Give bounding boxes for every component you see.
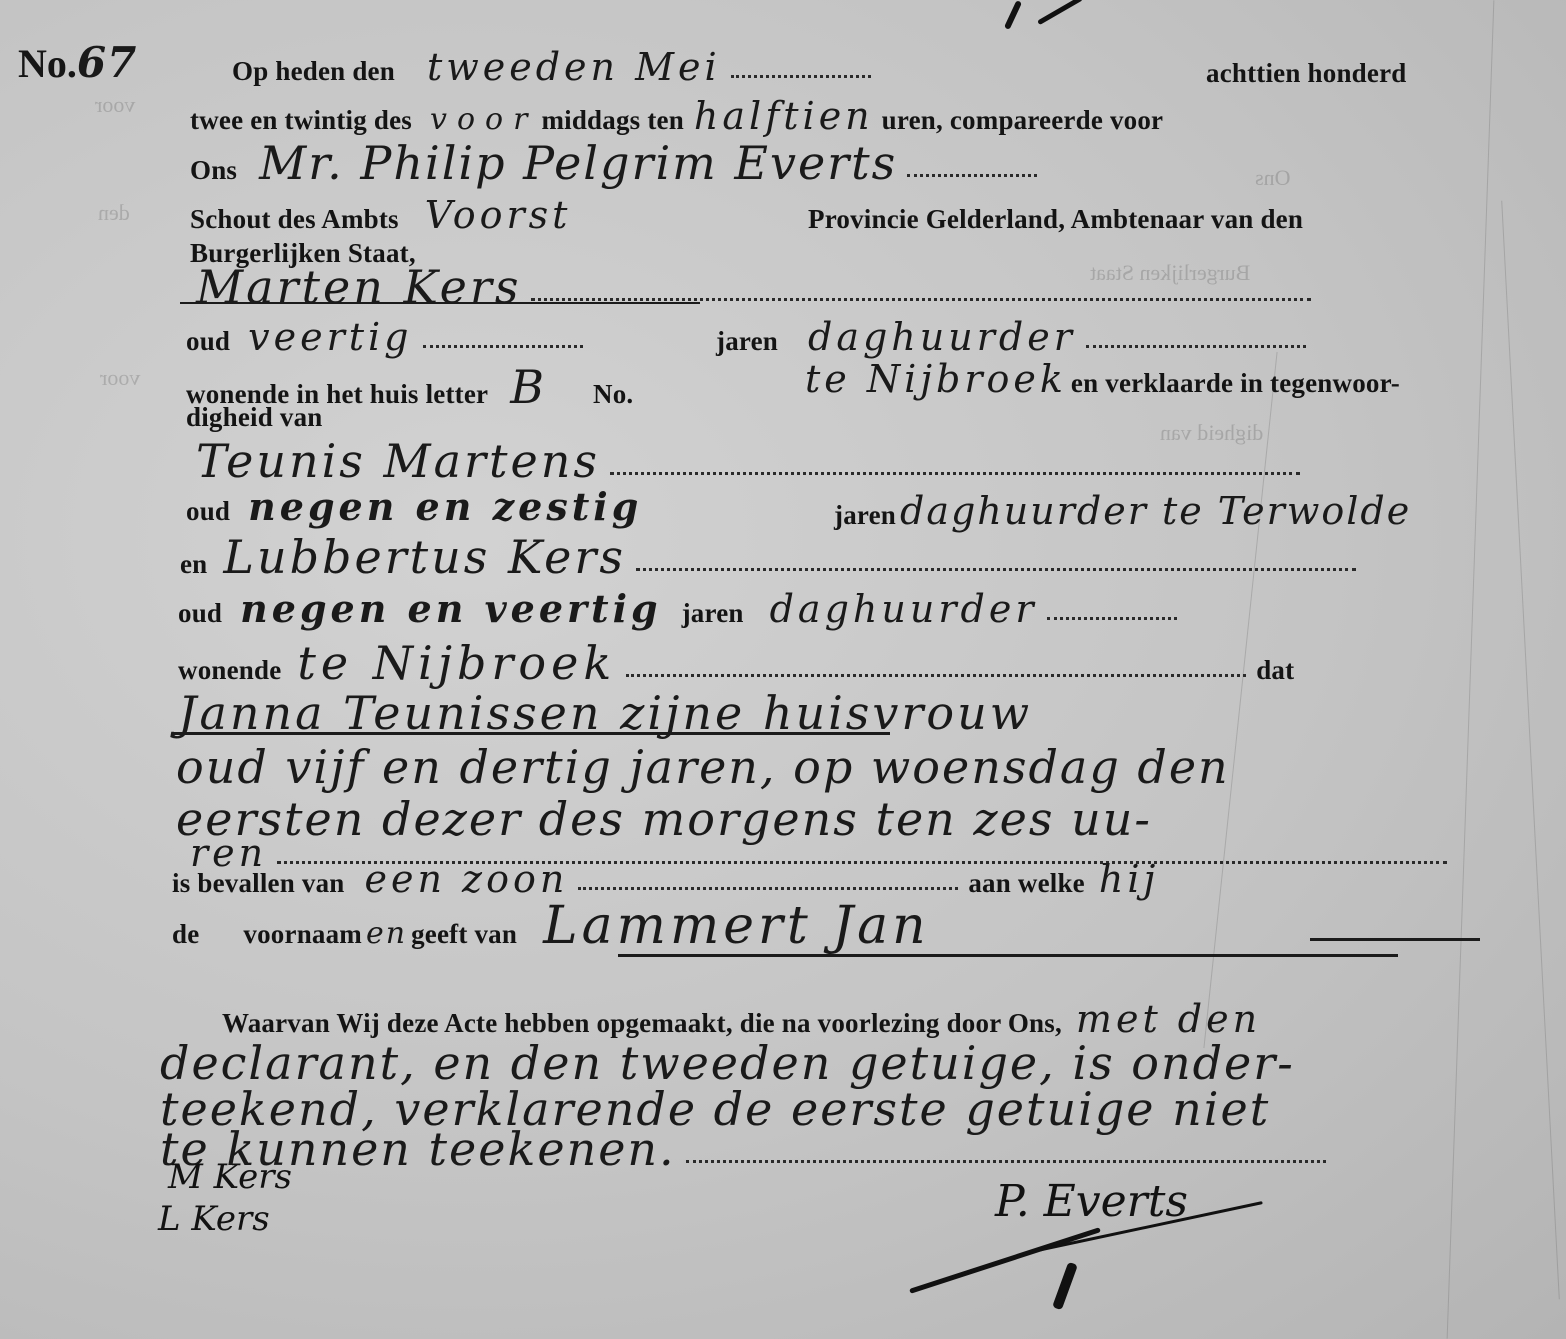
handwritten-text: met den — [1076, 997, 1261, 1041]
signature-official: P. Everts — [995, 1180, 1188, 1224]
underline — [180, 302, 700, 304]
handwritten-pronoun: hij — [1099, 857, 1159, 901]
dotted-fill — [1086, 345, 1306, 348]
printed-text: Schout des Ambts — [190, 204, 399, 234]
printed-text: digheid van — [186, 404, 323, 431]
handwritten-child-name: Lammert Jan — [543, 896, 930, 956]
signature-witness-1: M Kers — [168, 1160, 292, 1194]
dotted-fill — [626, 674, 1246, 677]
closing-stroke — [1310, 938, 1480, 941]
show-through-text: voor — [95, 92, 135, 118]
show-through-text: Ons — [1255, 165, 1290, 191]
handwritten-mother-age-weekday: oud vijf en dertig jaren, op woensdag de… — [176, 744, 1230, 790]
printed-text: Ons — [190, 155, 237, 185]
signature-flourish — [1037, 0, 1083, 25]
handwritten-child-sex: een zoon — [365, 857, 569, 901]
dotted-fill — [731, 75, 871, 78]
line-official: Ons Mr. Philip Pelgrim Everts — [190, 140, 1043, 186]
printed-text: jaren — [716, 326, 778, 356]
printed-text: Waarvan Wij deze Acte hebben opgemaakt, … — [222, 1008, 1062, 1038]
handwritten-date: tweeden Mei — [427, 45, 721, 89]
birth-record-page: voor den voor Ons Burgerlijken Staat dig… — [0, 0, 1566, 1339]
printed-text: twee en twintig des — [190, 105, 412, 135]
dotted-fill — [907, 174, 1037, 177]
line-witness-1-age: oud negen en zestig — [186, 488, 642, 526]
dotted-fill — [1047, 617, 1177, 620]
dotted-fill — [578, 887, 958, 890]
show-through-text: den — [98, 200, 130, 226]
line-declarant-occupation: jaren daghuurder — [716, 318, 1312, 356]
line-closing-formula: Waarvan Wij deze Acte hebben opgemaakt, … — [222, 1000, 1261, 1038]
handwritten-house-letter: B — [510, 360, 549, 414]
record-number-label: No. — [18, 41, 77, 86]
handwritten-occupation-place: daghuurder te Terwolde — [900, 489, 1411, 533]
signature-flourish — [909, 1227, 1101, 1294]
signature-witness-2: L Kers — [158, 1202, 270, 1236]
paper-scratch — [1501, 201, 1560, 1300]
printed-text: oud — [178, 598, 222, 628]
line-witness-1: Teunis Martens — [196, 438, 1306, 484]
handwritten-official-name: Mr. Philip Pelgrim Everts — [259, 136, 897, 190]
handwritten-municipality: Voorst — [425, 193, 572, 237]
printed-text: dat — [1256, 655, 1294, 685]
printed-text: middags ten — [541, 105, 683, 135]
printed-text: No. — [593, 379, 633, 409]
signature-flourish — [1004, 0, 1022, 30]
handwritten-hour: halftien — [694, 94, 874, 138]
line-time: twee en twintig des voor middags ten hal… — [190, 97, 1163, 135]
signature-flourish — [1052, 1262, 1078, 1311]
underline — [172, 732, 890, 735]
handwritten-declarant-name: Marten Kers — [196, 260, 521, 314]
line-witness-2-residence: wonende te Nijbroek dat — [178, 640, 1294, 686]
line-closing-end: te kunnen teekenen. — [160, 1126, 1332, 1172]
printed-text: Provincie Gelderland, Ambtenaar van den — [808, 206, 1303, 233]
handwritten-en: en — [366, 916, 407, 951]
line-child-sex: is bevallen van een zoon aan welke hij — [172, 860, 1159, 898]
record-number-value: 67 — [77, 38, 137, 87]
handwritten-witness-2-name: Lubbertus Kers — [223, 530, 626, 584]
printed-text: Op heden den — [232, 56, 395, 86]
dotted-fill — [610, 472, 1300, 475]
dotted-fill — [636, 568, 1356, 571]
handwritten-voor: voor — [430, 102, 537, 137]
handwritten-age: negen en zestig — [248, 484, 642, 529]
handwritten-age: negen en veertig — [240, 586, 661, 631]
printed-text: jaren — [834, 500, 896, 530]
handwritten-witness-1-name: Teunis Martens — [196, 434, 600, 488]
printed-text: is bevallen van — [172, 868, 345, 898]
paper-scratch — [1447, 0, 1495, 1338]
line-date: Op heden den tweeden Mei — [232, 48, 877, 86]
line-municipality: Schout des Ambts Voorst — [190, 196, 571, 234]
line-residence-place: te Nijbroek en verklaarde in tegenwoor- — [805, 360, 1400, 398]
handwritten-closing: declarant, en den tweeden getuige, is on… — [160, 1040, 1295, 1086]
dotted-fill — [423, 345, 583, 348]
printed-text: uren, compareerde voor — [882, 105, 1164, 135]
printed-text: oud — [186, 326, 230, 356]
line-witness-2: en Lubbertus Kers — [180, 534, 1362, 580]
dotted-fill — [531, 298, 1311, 301]
printed-text: achttien honderd — [1206, 60, 1406, 87]
printed-text: en verklaarde in tegenwoor- — [1071, 368, 1400, 398]
printed-text: geeft van — [411, 919, 517, 949]
handwritten-occupation: daghuurder — [808, 315, 1076, 359]
record-number: No.67 — [18, 42, 137, 84]
printed-text: jaren — [682, 598, 744, 628]
show-through-text: voor — [100, 365, 140, 391]
underline — [618, 954, 1398, 957]
line-witness-1-occupation: jaren daghuurder te Terwolde — [834, 492, 1411, 530]
printed-text: de — [172, 919, 199, 949]
handwritten-mother-details: Janna Teunissen zijne huisvrouw — [178, 690, 1032, 736]
printed-text: oud — [186, 496, 230, 526]
line-child-name: de voornaam en geeft van Lammert Jan — [172, 900, 930, 952]
printed-text: wonende — [178, 655, 281, 685]
handwritten-place: te Nijbroek — [805, 357, 1067, 401]
handwritten-age: veertig — [248, 315, 412, 359]
line-witness-2-age: oud negen en veertig jaren daghuurder — [178, 590, 1183, 628]
line-declarant-age: oud veertig — [186, 318, 589, 356]
handwritten-place: te Nijbroek — [297, 636, 616, 690]
printed-text: aan welke — [968, 868, 1085, 898]
printed-text: voornaam — [243, 919, 362, 949]
printed-text: en — [180, 549, 207, 579]
dotted-fill — [686, 1160, 1326, 1163]
handwritten-occupation: daghuurder — [770, 587, 1038, 631]
